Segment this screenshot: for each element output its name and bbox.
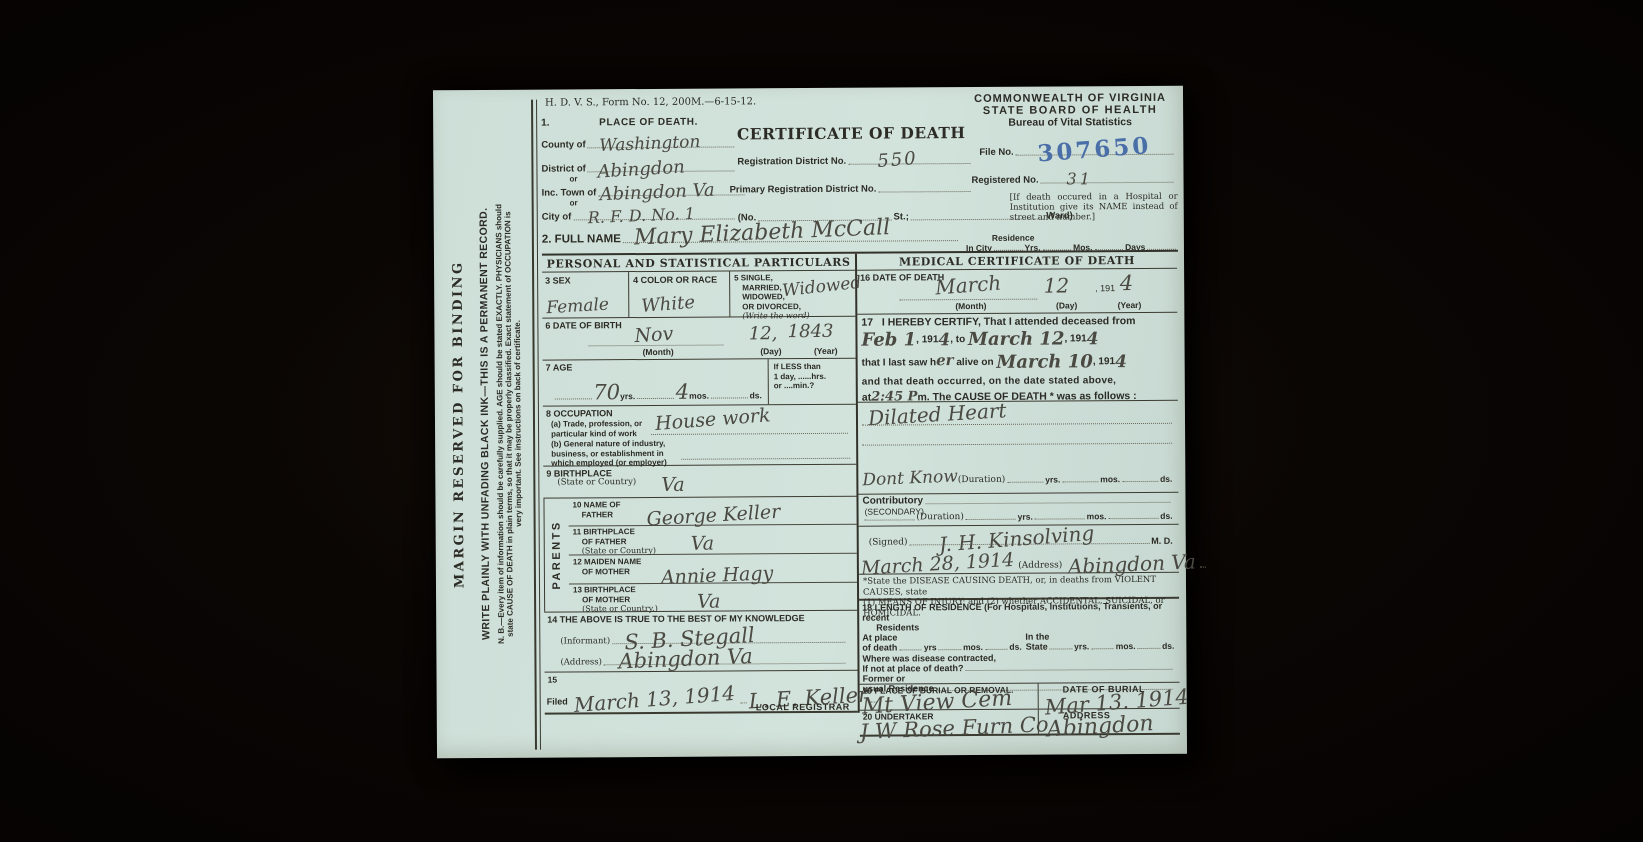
photo-background: MARGIN RESERVED FOR BINDING WRITE PLAINL… [0, 0, 1643, 842]
primary-registration-line [878, 189, 970, 193]
dod-year-cap: (Year) [1118, 300, 1142, 310]
registered-no-line [1041, 180, 1174, 184]
father-birthplace-value: Va [691, 535, 714, 554]
age-months-value: 4 [676, 382, 690, 403]
duration2-ds: ds. [1160, 511, 1172, 521]
or-label-1: or [569, 174, 577, 183]
last-saw-mid: alive on [956, 357, 993, 368]
parents-vertical-label: PARENTS [543, 498, 569, 611]
inc-town-label: Inc. Town of [542, 187, 597, 198]
duration2-label: (Duration) [916, 512, 963, 522]
residence18-title: 18 LENGTH OF RESIDENCE (For Hospitals, I… [862, 601, 1174, 623]
birthplace-cap: (State or Country) [557, 477, 636, 487]
dob-month-cap: (Month) [643, 347, 674, 357]
sex-cell: 3 SEX Female [542, 272, 629, 318]
res-r-mos: mos. [1116, 641, 1136, 651]
last-saw-date: March 10 [996, 351, 1093, 373]
duration-note-value: Dont Know [862, 468, 958, 489]
binding-rule-inner [536, 100, 542, 750]
race-value: White [641, 294, 696, 316]
or-label-2: or [570, 198, 578, 207]
file-no-stamp: 307650 [1036, 132, 1152, 168]
certificate-form: H. D. V. S., Form No. 12, 200M.—6-15-12.… [541, 92, 1181, 752]
margin-binding-text: MARGIN RESERVED FOR BINDING [447, 90, 471, 758]
mother-birthplace-row: 13 BIRTHPLACE OF MOTHER (State or Countr… [569, 583, 857, 613]
undertaker-value: J W Rose Furn Co [860, 714, 1049, 743]
certify-4-b: 4 [1087, 329, 1099, 349]
burial-col: 19 PLACE OF BURIAL OR REMOVAL. Mt View C… [860, 684, 1039, 735]
dod-day-cap: (Day) [1056, 300, 1077, 310]
race-label: 4 COLOR OR RACE [633, 275, 717, 286]
hospital-note: [If death occured in a Hospital or Insti… [1010, 192, 1178, 223]
filed-date-value: March 13, 1914 [573, 683, 736, 715]
occ-a-line2: particular kind of work [551, 429, 642, 439]
certificate-title: CERTIFICATE OF DEATH [731, 123, 971, 143]
occupation-row: 8 OCCUPATION (a) Trade, profession, or p… [543, 405, 856, 467]
last-saw-her: er [936, 351, 954, 369]
res-r-ds: ds. [1162, 641, 1174, 651]
personal-section: PERSONAL AND STATISTICAL PARTICULARS 3 S… [542, 254, 860, 715]
file-no-label: File No. [979, 147, 1013, 158]
mother-name-row: 12 MAIDEN NAME OF MOTHER Annie Hagy [569, 554, 857, 585]
item1-number: 1. [541, 118, 549, 129]
signed-label: (Signed) [869, 537, 908, 547]
certify-191-a: , 191 [916, 334, 938, 345]
less-line3: or ....min.? [774, 381, 856, 391]
local-registrar-label: LOCAL REGISTRAR [756, 702, 850, 713]
commonwealth-line2: STATE BOARD OF HEALTH [961, 104, 1179, 117]
dob-day-cap: (Day) [760, 346, 781, 356]
certify-4-c: 4 [1115, 352, 1127, 372]
truth-statement: 14 THE ABOVE IS TRUE TO THE BEST OF MY K… [547, 613, 804, 625]
age-ds-label: ds. [750, 390, 762, 400]
sign-address-label: (Address) [1018, 560, 1062, 570]
filed-label: Filed [547, 696, 568, 706]
occ-a-line1: (a) Trade, profession, or [551, 419, 642, 429]
district-label: District of [541, 163, 585, 174]
sex-value: Female [546, 297, 610, 318]
sign-date-row: March 28, 1914 (Address) Abingdon Va [859, 549, 1179, 575]
of-death-label: of death [862, 642, 897, 652]
medical-section-title: MEDICAL CERTIFICATE OF DEATH [857, 252, 1177, 271]
length-of-residence-row: 18 LENGTH OF RESIDENCE (For Hospitals, I… [859, 599, 1180, 685]
father-label-1: 10 NAME OF [572, 500, 620, 510]
age-yrs-label: yrs. [620, 391, 635, 401]
dob-day-value: 12, [749, 325, 778, 343]
at-place-label: At place [862, 632, 897, 642]
age-mos-label: mos. [689, 391, 709, 401]
age-row: 7 AGE 70 yrs. 4 mos. ds. [543, 359, 856, 407]
form-body: PERSONAL AND STATISTICAL PARTICULARS 3 S… [542, 250, 1181, 739]
duration-ds: ds. [1160, 474, 1172, 484]
dod-year-printed: , 191 [1095, 283, 1115, 293]
dob-label: 6 DATE OF BIRTH [545, 320, 621, 330]
occ-b-line1: (b) General nature of industry, [551, 439, 667, 449]
last-saw-pre: that I last saw h [862, 357, 937, 368]
race-cell: 4 COLOR OR RACE White [629, 271, 730, 317]
less-line2: 1 day, ......hrs. [774, 371, 856, 381]
sex-race-marital-row: 3 SEX Female 4 COLOR OR RACE White 5 SIN… [542, 271, 855, 319]
age-label: 7 AGE [546, 362, 573, 372]
age-years-value: 70 [593, 382, 620, 403]
occ-a-line [651, 433, 848, 435]
res-l-ds: ds. [1009, 642, 1021, 652]
date-of-death-row: 16 DATE OF DEATH March (Month) 12 , 191 … [857, 269, 1177, 315]
less-line1: If LESS than [774, 362, 856, 372]
occupation-label: 8 OCCUPATION [546, 408, 613, 418]
duration2-yrs: yrs. [1018, 512, 1033, 522]
age-cell: 7 AGE 70 yrs. 4 mos. ds. [543, 359, 768, 405]
filed-row: 15 Filed March 13, 1914 L. E. Keller LOC… [545, 671, 858, 715]
death-certificate-document: MARGIN RESERVED FOR BINDING WRITE PLAINL… [433, 86, 1187, 759]
certify-row: 17 I HEREBY CERTIFY, That I attended dec… [857, 313, 1178, 403]
sex-label: 3 SEX [545, 275, 571, 285]
mother-bp-label-1: 13 BIRTHPLACE [573, 585, 658, 595]
mother-birthplace-value: Va [697, 593, 720, 612]
signed-row: (Signed) J. H. Kinsolving M. D. [859, 525, 1179, 551]
marital-cell: 5 SINGLE, MARRIED, WIDOWED, OR DIVORCED,… [730, 271, 855, 317]
dod-month-value: March [935, 273, 1002, 298]
father-bp-label-1: 11 BIRTHPLACE [573, 527, 656, 537]
if-less-cell: If LESS than 1 day, ......hrs. or ....mi… [768, 359, 856, 405]
dob-year-value: 1843 [788, 323, 834, 341]
primary-registration-label: Primary Registration District No. [730, 184, 877, 196]
attended-to-value: March 12 [968, 328, 1065, 350]
res-l-yrs: yrs [924, 642, 937, 652]
certify-4-a: 4 [938, 330, 950, 350]
father-label-2: FATHER [573, 510, 621, 520]
occ-a-value: House work [654, 406, 771, 434]
form-number: H. D. V. S., Form No. 12, 200M.—6-15-12. [545, 96, 756, 108]
dod-day-value: 12 [1044, 275, 1070, 295]
certify-191-b: , 191 [1064, 333, 1086, 344]
personal-section-title: PERSONAL AND STATISTICAL PARTICULARS [542, 254, 855, 273]
informant-label: (Informant) [560, 636, 610, 646]
dob-month-value: Nov [634, 325, 674, 346]
district-value: Abingdon [597, 158, 685, 181]
dod-label: 16 DATE OF DEATH [860, 272, 944, 283]
city-label: City of [542, 211, 572, 222]
mother-label-1: 12 MAIDEN NAME [573, 557, 642, 567]
duration-yrs: yrs. [1045, 474, 1060, 484]
mother-bp-label-2: OF MOTHER [573, 594, 658, 604]
attended-from-value: Feb 1 [861, 329, 916, 350]
certify-to-word: , to [950, 334, 965, 345]
margin-write-plainly-text: WRITE PLAINLY WITH UNFADING BLACK INK—TH… [475, 90, 495, 758]
medical-section: MEDICAL CERTIFICATE OF DEATH 16 DATE OF … [857, 252, 1180, 737]
in-the-label: In the [1025, 632, 1049, 642]
contributory-label: Contributory [862, 495, 923, 506]
burial-date-col: DATE OF BURIAL Mar 13. 1914 ADDRESS Abin… [1039, 683, 1180, 734]
father-name-row: 10 NAME OF FATHER George Keller [568, 497, 856, 527]
death-occurred-line: and that death occurred, on the date sta… [862, 375, 1172, 388]
dod-month-cap: (Month) [955, 301, 986, 311]
registered-no-value: 31 [1066, 171, 1092, 187]
footnote-line1: *State the DISEASE CAUSING DEATH, or, in… [863, 575, 1175, 598]
informant-address-value: Abingdon Va [618, 646, 753, 672]
dod-year-hw: 4 [1120, 273, 1134, 294]
father-birthplace-row: 11 BIRTHPLACE OF FATHER (State or Countr… [569, 525, 857, 556]
registered-no-label: Registered No. [971, 175, 1038, 186]
full-name-label: 2. FULL NAME [542, 233, 621, 245]
burial-undertaker-grid: 19 PLACE OF BURIAL OR REMOVAL. Mt View C… [860, 683, 1180, 737]
filed-item-no: 15 [548, 675, 558, 685]
occ-b-line [681, 458, 850, 460]
cause-line2 [862, 443, 1172, 446]
inc-town-value: Abingdon Va [599, 182, 715, 205]
county-value: Washington [599, 134, 701, 155]
registration-district-value: 550 [877, 150, 919, 171]
filed-line [741, 700, 747, 703]
parents-block: PARENTS 10 NAME OF FATHER George Keller [543, 497, 857, 613]
duration-label: (Duration) [958, 475, 1005, 485]
certify-line1: I HEREBY CERTIFY, That I attended deceas… [882, 315, 1136, 329]
contributory-row: Contributory (SECONDARY) (Duration) yrs.… [858, 493, 1178, 527]
burial-place-cell: 19 PLACE OF BURIAL OR REMOVAL. Mt View C… [860, 684, 1038, 711]
mother-label-2: OF MOTHER [573, 567, 642, 577]
commonwealth-line3: Bureau of Vital Statistics [961, 116, 1179, 129]
dob-year-cap: (Year) [814, 346, 838, 356]
certify-item-no: 17 [861, 317, 873, 329]
registration-district-label: Registration District No. [737, 156, 846, 168]
dob-row: 6 DATE OF BIRTH Nov (Month) 12, 1843 (Da… [542, 317, 855, 361]
md-label: M. D. [1151, 536, 1173, 546]
contracted-line2: If not at place of death? [862, 663, 963, 674]
father-bp-label-2: OF FATHER [573, 536, 656, 546]
res-l-mos: mos. [963, 642, 983, 652]
birthplace-value: Va [661, 476, 684, 495]
place-of-death-label: PLACE OF DEATH. [599, 117, 698, 129]
undertaker-address-value: Abingdon [1046, 713, 1154, 741]
duration2-mos: mos. [1087, 511, 1107, 521]
birthplace-row: 9 BIRTHPLACE (State or Country) Va [543, 465, 856, 499]
county-label: County of [541, 139, 585, 150]
res-r-yrs: yrs. [1074, 641, 1089, 651]
certify-191-c: , 191 [1093, 356, 1115, 367]
burial-date-cell: DATE OF BURIAL Mar 13. 1914 [1039, 683, 1180, 710]
informant-row: 14 THE ABOVE IS TRUE TO THE BEST OF MY K… [544, 611, 857, 673]
cause-of-death-row: Dilated Heart Dont Know (Duration) yrs. … [858, 401, 1179, 495]
violent-causes-footnote: *State the DISEASE CAUSING DEATH, or, in… [859, 573, 1179, 601]
state-label: State [1026, 642, 1048, 652]
informant-address-label: (Address) [560, 657, 602, 667]
duration-mos: mos. [1100, 474, 1120, 484]
street-label: St.; [894, 211, 909, 222]
